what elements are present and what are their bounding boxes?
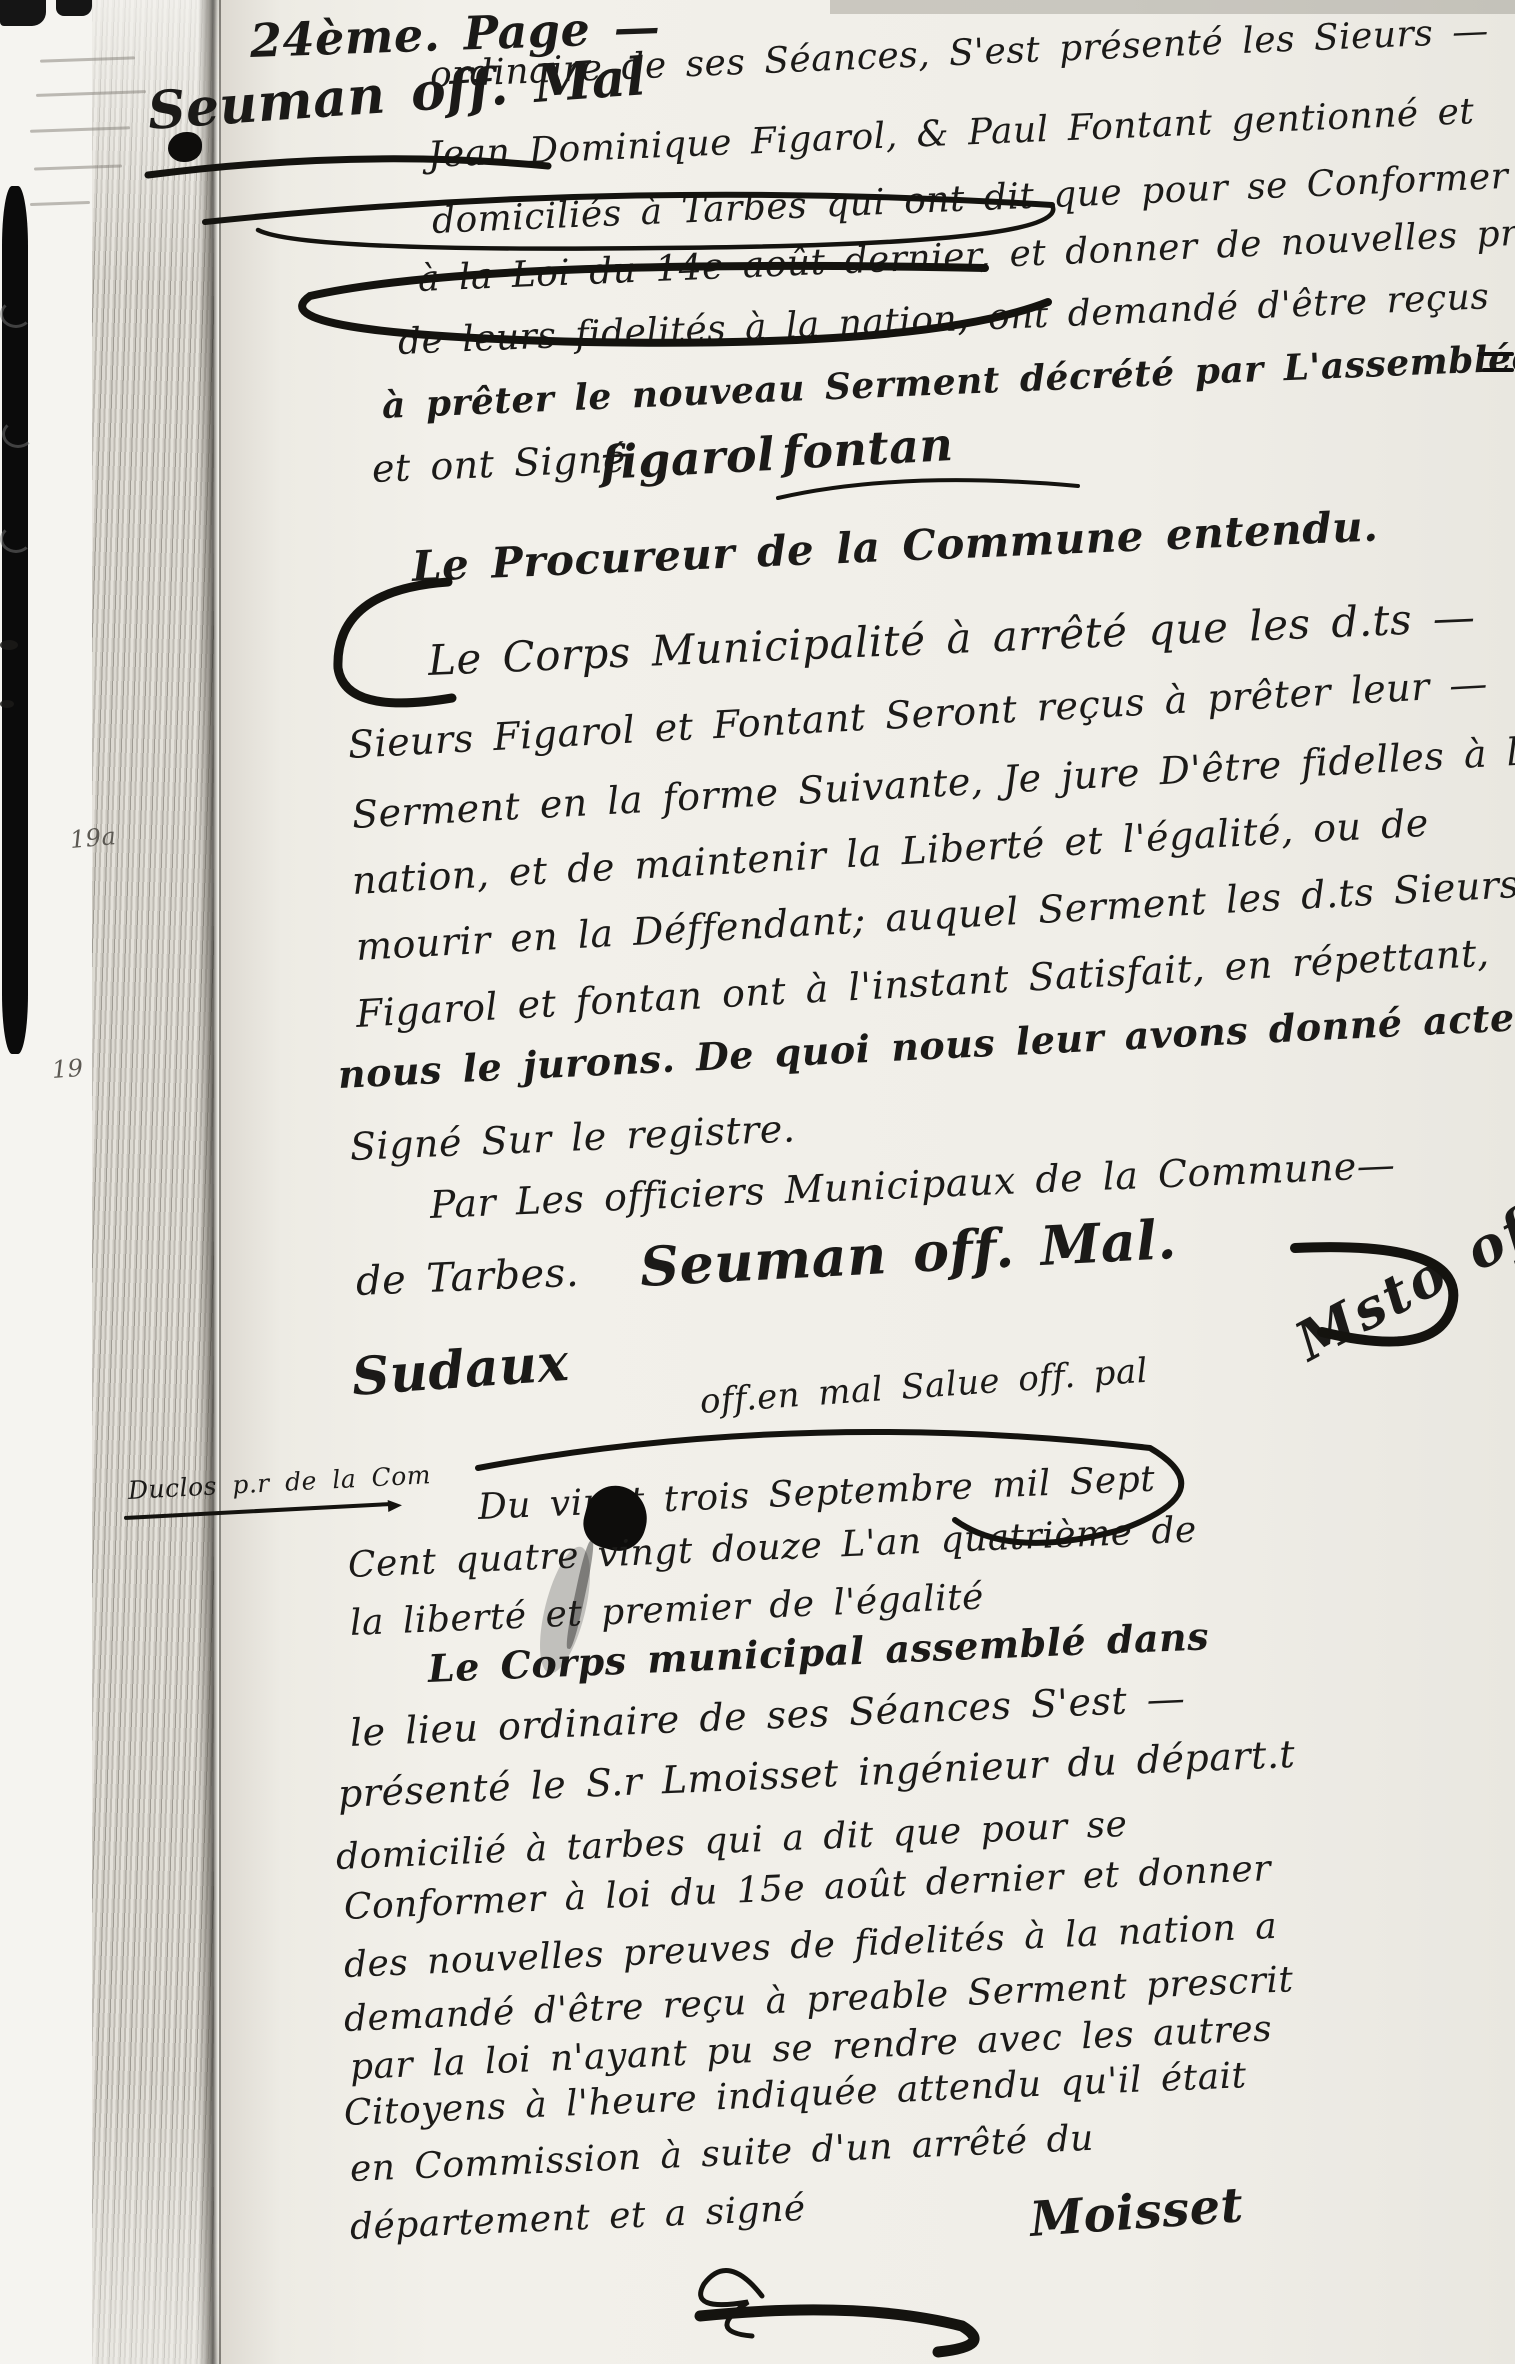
bottom-paraph-stroke bbox=[700, 2310, 974, 2352]
margin-signature-flourish bbox=[148, 159, 548, 175]
seuman-swirl-flourish bbox=[1295, 1247, 1453, 1341]
signature-underline-flourish bbox=[778, 480, 1078, 498]
flourish-svg bbox=[0, 0, 1515, 2364]
initial-loop-flourish bbox=[338, 582, 452, 703]
bottom-paraph-loops bbox=[701, 2271, 762, 2336]
manuscript-scan-page: 19a 19 24ème. Page — Seuman off. Mal ord… bbox=[0, 0, 1515, 2364]
signature-row-flourish bbox=[478, 1432, 1181, 1543]
margin-signature-flourish bbox=[205, 195, 1052, 222]
margin-signature-flourish bbox=[302, 266, 1048, 343]
margin-signature-flourish bbox=[258, 205, 1053, 249]
